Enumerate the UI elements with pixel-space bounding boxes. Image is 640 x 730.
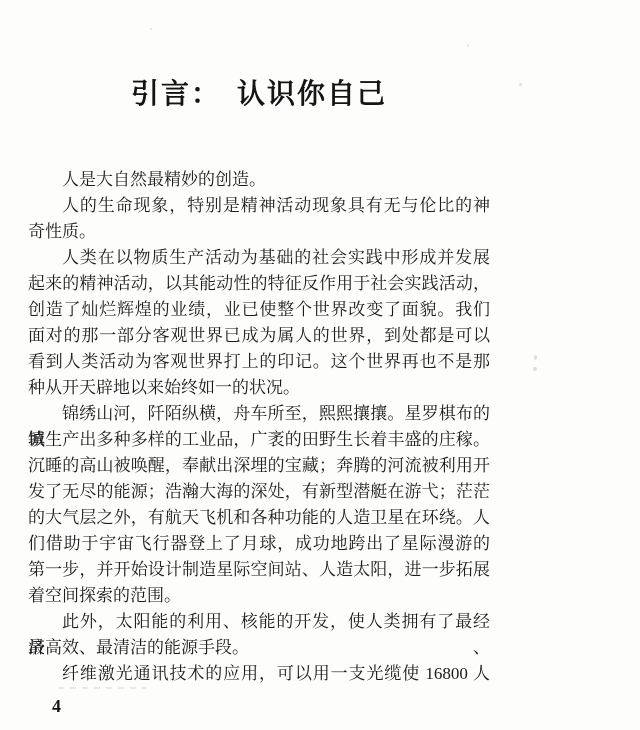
text-line: 人的生命现象，特别是精神活动现象具有无与伦比的神 (28, 193, 490, 219)
text-line: 起来的精神活动，以其能动性的特征反作用于社会实践活动， (28, 271, 490, 297)
text-line: 奇性质。 (28, 219, 490, 245)
text-line: 人类在以物质生产活动为基础的社会实践中形成并发展 (28, 245, 490, 271)
text-line: 锦绣山河，阡陌纵横，舟车所至，熙熙攘攘。星罗棋布的城 (28, 401, 490, 427)
text-line: 着空间探索的范围。 (28, 583, 490, 609)
text-line: 面对的那一部分客观世界已成为属人的世界，到处都是可以 (28, 323, 490, 349)
scan-speck (519, 83, 522, 86)
text-line: 纤维激光通讯技术的应用，可以用一支光缆使 16800 人 (28, 661, 490, 687)
scan-showthrough-mark (58, 687, 146, 689)
book-page: 引言： 认识你自己 人是大自然最精妙的创造。人的生命现象，特别是精神活动现象具有… (0, 0, 640, 730)
text-line: 的大气层之外，有航天飞机和各种功能的人造卫星在环绕。人 (28, 505, 490, 531)
text-line: 创造了灿烂辉煌的业绩，业已使整个世界改变了面貌。我们 (28, 297, 490, 323)
text-line: 第一步，并开始设计制造星际空间站、人造太阳，进一步拓展 (28, 557, 490, 583)
text-line: 们借助于宇宙飞行器登上了月球，成功地跨出了星际漫游的 (28, 531, 490, 557)
scan-speck (534, 355, 537, 360)
page-number: 4 (52, 696, 61, 716)
text-line: 看到人类活动为客观世界打上的印记。这个世界再也不是那 (28, 349, 490, 375)
text-line: 人是大自然最精妙的创造。 (28, 167, 490, 193)
text-line: 此外，太阳能的利用、核能的开发，使人类拥有了最经济、 (28, 609, 490, 635)
scan-speck (467, 44, 469, 47)
body-text: 人是大自然最精妙的创造。人的生命现象，特别是精神活动现象具有无与伦比的神奇性质。… (28, 167, 490, 687)
text-line: 沉睡的高山被唤醒，奉献出深埋的宝藏；奔腾的河流被利用开 (28, 453, 490, 479)
text-line: 镇生产出多种多样的工业品，广袤的田野生长着丰盛的庄稼。 (28, 427, 490, 453)
text-line: 种从开天辟地以来始终如一的状况。 (28, 375, 490, 401)
text-line: 发了无尽的能源；浩瀚大海的深处，有新型潜艇在游弋；茫茫 (28, 479, 490, 505)
chapter-title: 引言： 认识你自己 (28, 74, 490, 114)
scan-speck (533, 367, 537, 371)
scan-speck (150, 28, 152, 30)
